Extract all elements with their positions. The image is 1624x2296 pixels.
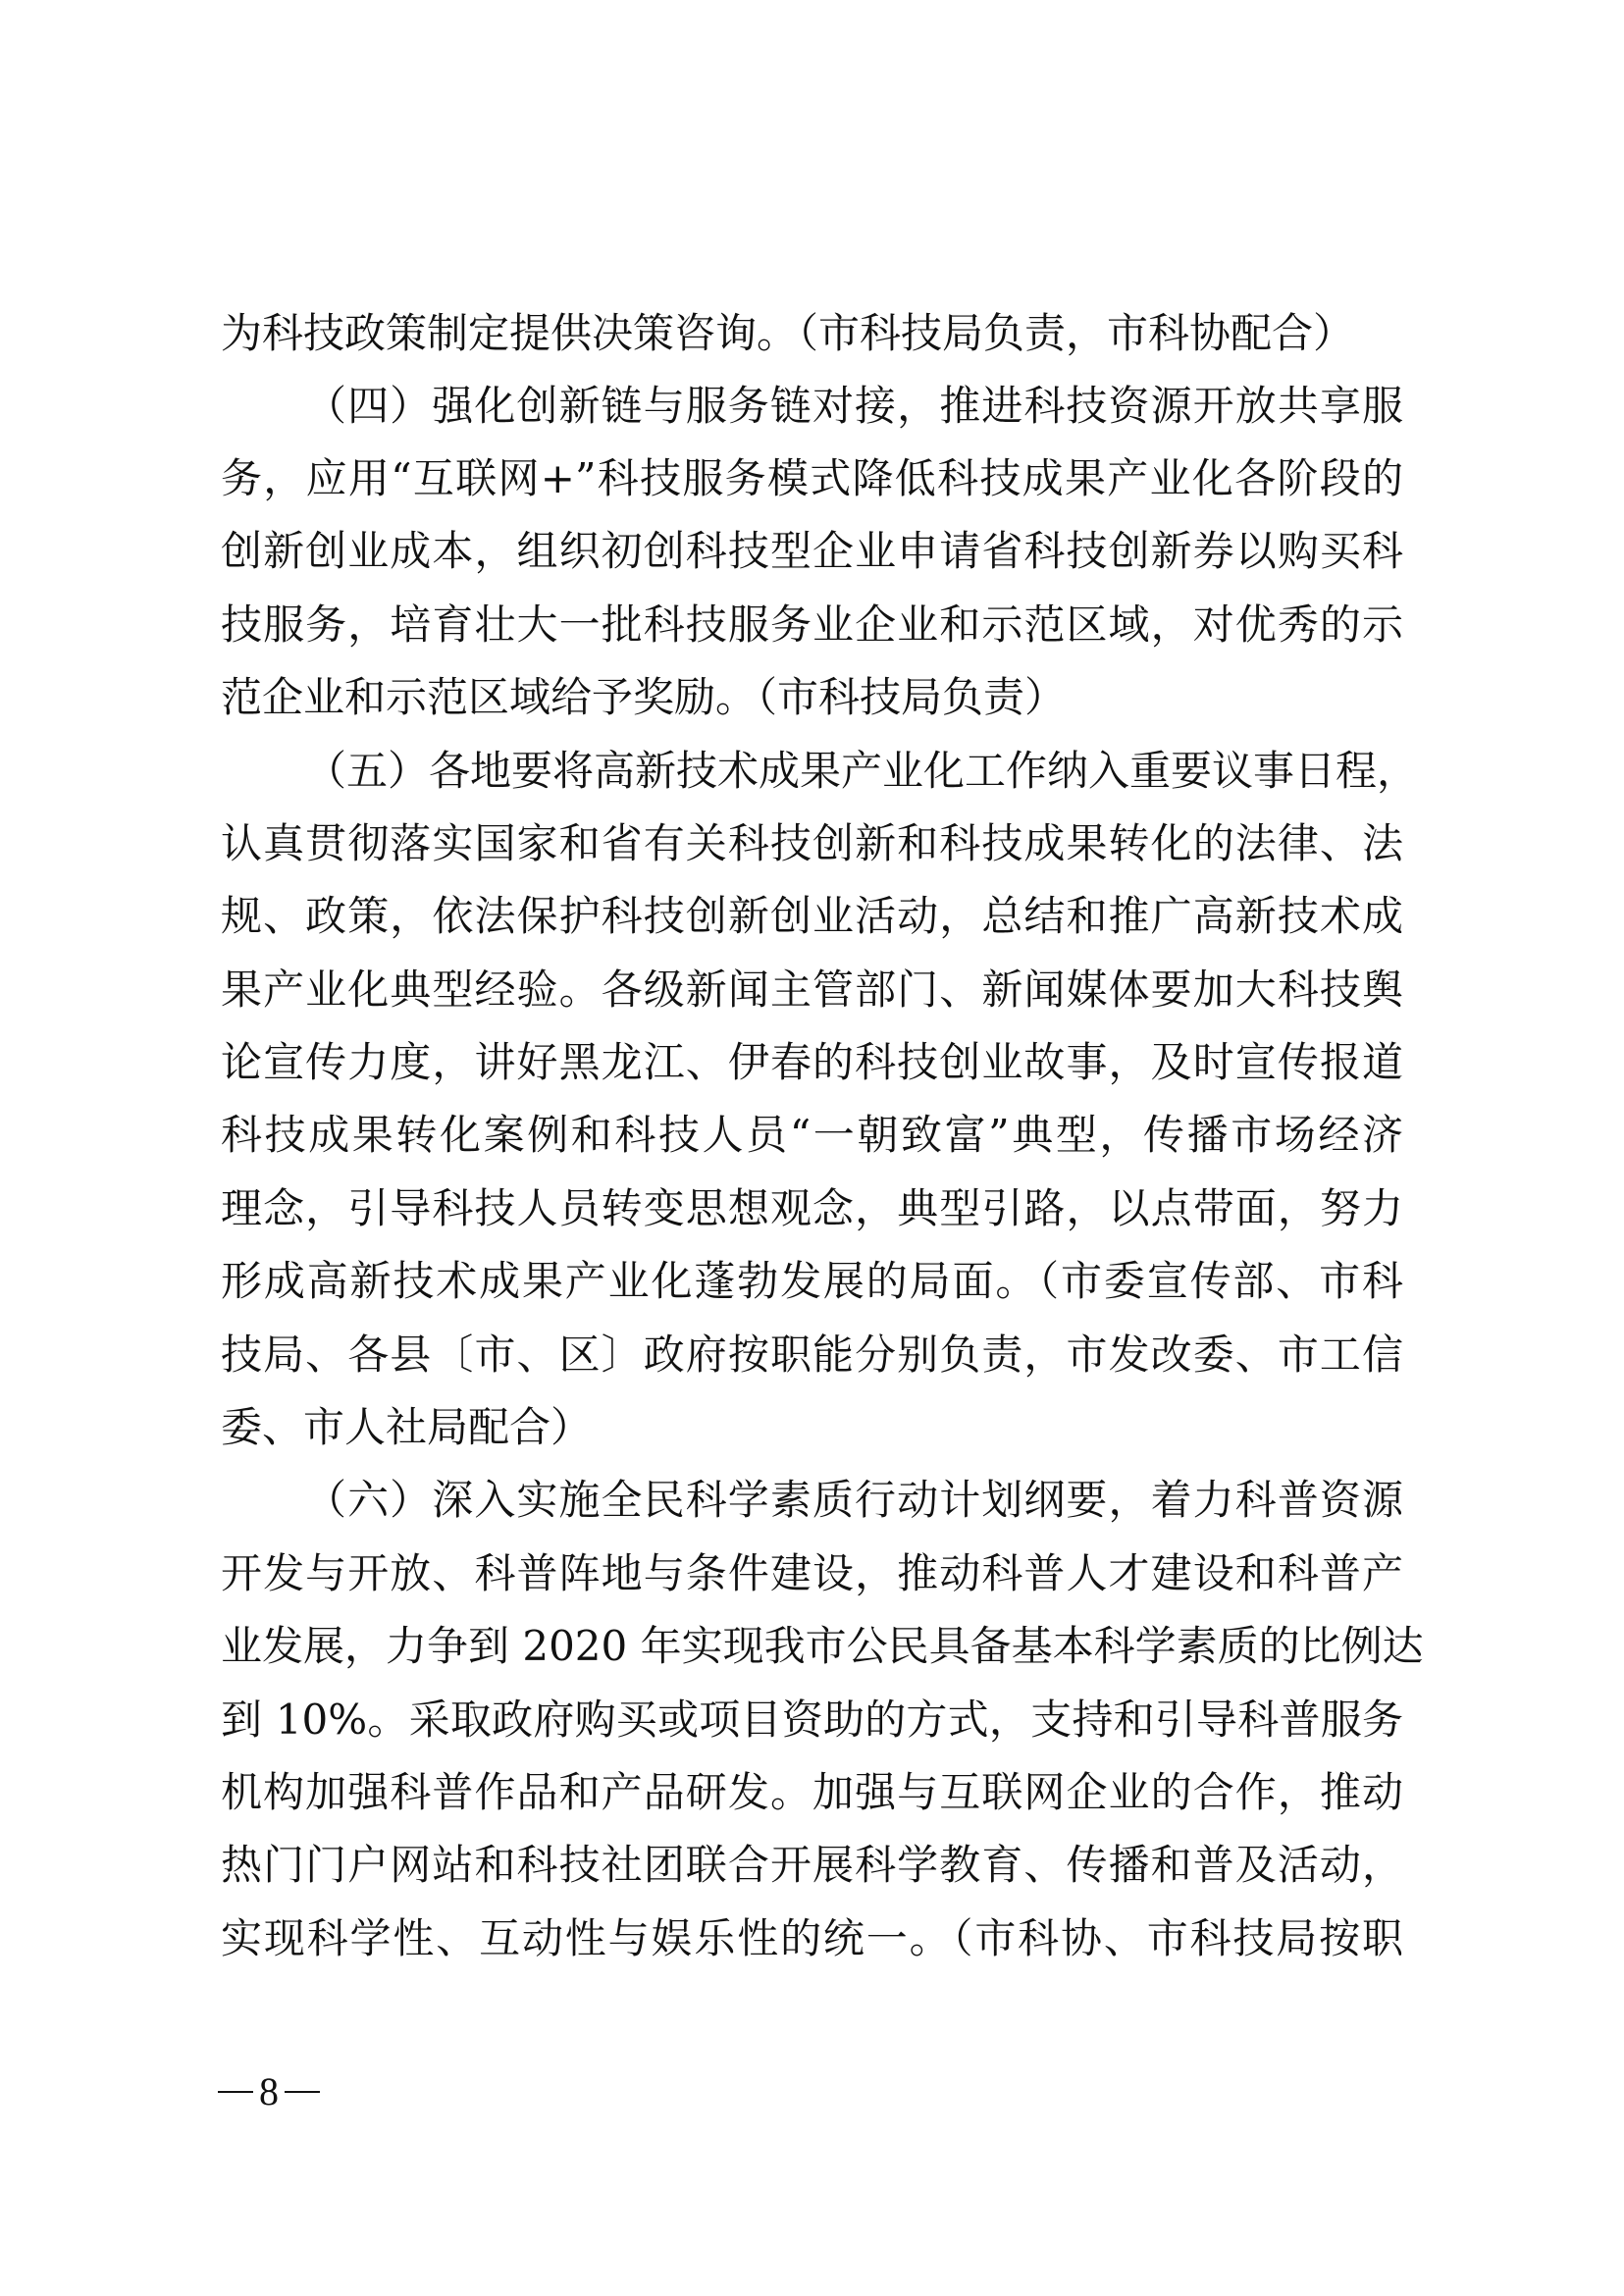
text-line: 务，应用“互联网+”科技服务模式降低科技成果产业化各阶段的	[221, 443, 1403, 515]
text-line: 机构加强科普作品和产品研发。加强与互联网企业的合作，推动	[221, 1756, 1403, 1829]
paragraph-6-line: （六）深入实施全民科学素质行动计划纲要，着力科普资源	[305, 1464, 1403, 1537]
text-line: 为科技政策制定提供决策咨询。（市科技局负责，市科协配合）	[221, 297, 1403, 370]
text-line: 果产业化典型经验。各级新闻主管部门、新闻媒体要加大科技舆	[221, 954, 1403, 1026]
text-line: 科技成果转化案例和科技人员“一朝致富”典型，传播市场经济	[221, 1099, 1403, 1172]
text-line: 技局、各县〔市、区〕政府按职能分别负责，市发改委、市工信	[221, 1319, 1403, 1391]
text-line: 形成高新技术成果产业化蓬勃发展的局面。（市委宣传部、市科	[221, 1245, 1403, 1318]
page-number-value: 8	[253, 2070, 285, 2113]
document-page: 为科技政策制定提供决策咨询。（市科技局负责，市科协配合） （四）强化创新链与服务…	[0, 0, 1624, 2296]
paragraph-5-line: （五）各地要将高新技术成果产业化工作纳入重要议事日程，	[305, 735, 1403, 808]
text-line: 规、政策，依法保护科技创新创业活动，总结和推广高新技术成	[221, 880, 1403, 953]
text-line: 到 10%。采取政府购买或项目资助的方式，支持和引导科普服务	[221, 1684, 1403, 1756]
text-line: 理念，引导科技人员转变思想观念，典型引路，以点带面，努力	[221, 1173, 1403, 1245]
text-line: 技服务，培育壮大一批科技服务业企业和示范区域，对优秀的示	[221, 589, 1403, 661]
text-line: 论宣传力度，讲好黑龙江、伊春的科技创业故事，及时宣传报道	[221, 1026, 1403, 1099]
paragraph-4-line: （四）强化创新链与服务链对接，推进科技资源开放共享服	[305, 370, 1403, 443]
dash-right	[285, 2091, 320, 2093]
text-line: 委、市人社局配合）	[221, 1391, 1403, 1464]
dash-left	[218, 2091, 253, 2093]
text-line: 范企业和示范区域给予奖励。（市科技局负责）	[221, 661, 1403, 734]
text-line: 热门门户网站和科技社团联合开展科学教育、传播和普及活动，	[221, 1829, 1403, 1902]
text-line: 实现科学性、互动性与娱乐性的统一。（市科协、市科技局按职	[221, 1903, 1403, 1975]
text-line: 开发与开放、科普阵地与条件建设，推动科普人才建设和科普产	[221, 1538, 1403, 1610]
page-number: 8	[218, 2070, 320, 2113]
text-line	[221, 1975, 1403, 2048]
text-line: 业发展，力争到 2020 年实现我市公民具备基本科学素质的比例达	[221, 1610, 1403, 1683]
text-line: 创新创业成本，组织初创科技型企业申请省科技创新券以购买科	[221, 515, 1403, 588]
text-line: 认真贯彻落实国家和省有关科技创新和科技成果转化的法律、法	[221, 808, 1403, 880]
